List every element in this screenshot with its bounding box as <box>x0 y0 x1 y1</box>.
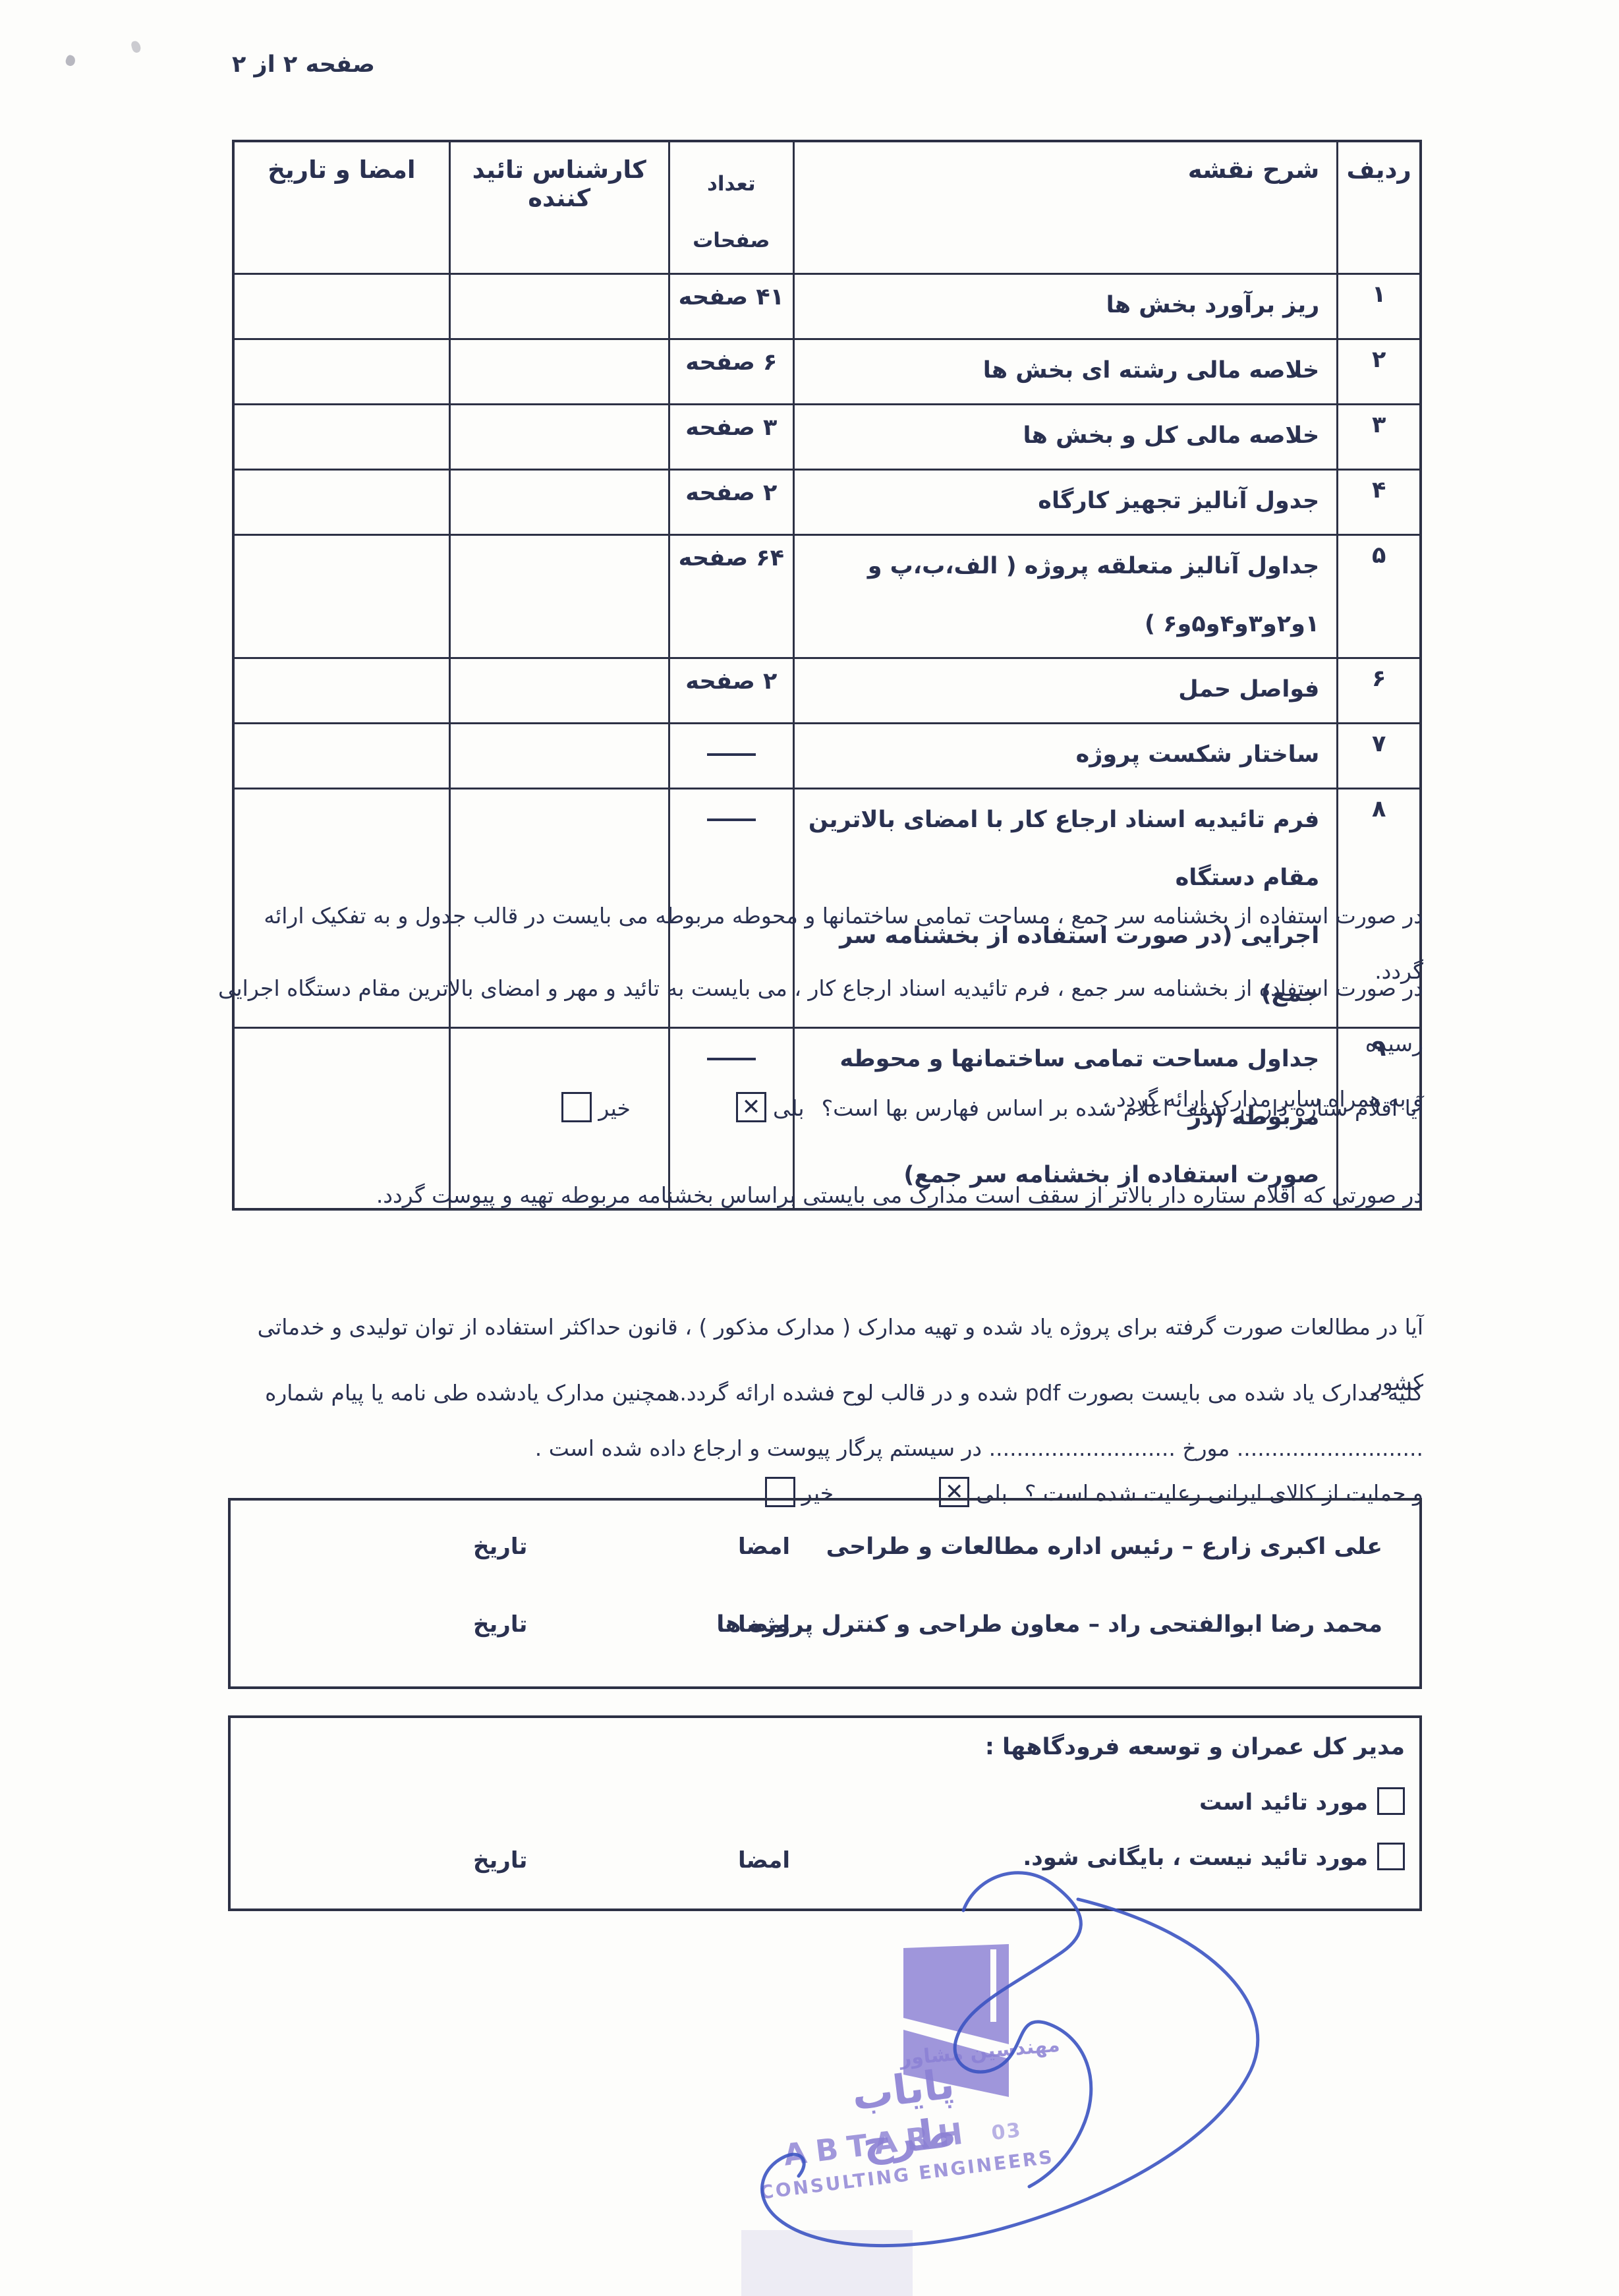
row-number: ۵ <box>1338 535 1421 658</box>
row-page-count: ۴۱ صفحه <box>669 274 793 339</box>
row-description: خلاصه مالی کل و بخش ها <box>794 405 1338 470</box>
signer-name: علی اکبری زارع – رئیس اداره مطالعات و طر… <box>826 1534 1382 1560</box>
signature-label: امضا <box>738 1534 790 1560</box>
row-page-count: ۲ صفحه <box>669 470 793 535</box>
table-header: ردیف شرح نقشه تعداد صفحات کارشناس تائید … <box>233 141 1421 274</box>
table-row: ۳خلاصه مالی کل و بخش ها۳ صفحه <box>233 405 1421 470</box>
row-page-count <box>669 724 793 789</box>
table-row: ۷ساختار شکست پروژه <box>233 724 1421 789</box>
row-page-count: ۳ صفحه <box>669 405 793 470</box>
approval-option-rejected: مورد تائید نیست ، بایگانی شود. <box>1023 1845 1405 1873</box>
table-row: ۶فواصل حمل۲ صفحه <box>233 658 1421 724</box>
table-row: ۵جداول آنالیز متعلقه پروژه ( الف،ب،پ و ۱… <box>233 535 1421 658</box>
row-expert-cell <box>449 724 669 789</box>
header-signature-date: امضا و تاریخ <box>233 141 449 274</box>
scanned-document-page: صفحه ۲ از ۲ ردیف شرح نقشه تعداد صفحات کا… <box>0 0 1619 2296</box>
row-page-count: ۲ صفحه <box>669 658 793 724</box>
blank-line <box>707 799 756 821</box>
row-description: فواصل حمل <box>794 658 1338 724</box>
row-signature-cell <box>233 535 449 658</box>
page-number: صفحه ۲ از ۲ <box>232 51 375 78</box>
row-description: خلاصه مالی رشته ای بخش ها <box>794 339 1338 405</box>
approval-title: مدیر کل عمران و توسعه فرودگاهها : <box>985 1734 1405 1760</box>
row-signature-cell <box>233 724 449 789</box>
row-number: ۲ <box>1338 339 1421 405</box>
yes-checkbox-checked-icon[interactable]: ✕ <box>736 1092 766 1122</box>
row-expert-cell <box>449 658 669 724</box>
table-row: ۲خلاصه مالی رشته ای بخش ها۶ صفحه <box>233 339 1421 405</box>
row-signature-cell <box>233 470 449 535</box>
date-label: تاریخ <box>473 1534 527 1560</box>
scan-speck <box>65 54 77 67</box>
header-description: شرح نقشه <box>794 141 1338 274</box>
row-number: ۳ <box>1338 405 1421 470</box>
header-expert: کارشناس تائید کننده <box>449 141 669 274</box>
row-signature-cell <box>233 274 449 339</box>
row-signature-cell <box>233 658 449 724</box>
question-text: آیا اقلام ستاره دار در سقف اعلام شده بر … <box>822 1095 1423 1121</box>
row-description: جداول آنالیز متعلقه پروژه ( الف،ب،پ و ۱و… <box>794 535 1338 658</box>
note-above-ceiling: در صورتی که اقلام ستاره دار بالاتر از سق… <box>217 1168 1423 1223</box>
table-row: ۴جدول آنالیز تجهیز کارگاه۲ صفحه <box>233 470 1421 535</box>
row-number: ۴ <box>1338 470 1421 535</box>
scan-speck <box>130 40 142 54</box>
table-row: ۱ریز برآورد بخش ها۴۱ صفحه <box>233 274 1421 339</box>
signers-box: علی اکبری زارع – رئیس اداره مطالعات و طر… <box>228 1498 1422 1689</box>
signature-label: امضا <box>738 1611 790 1638</box>
row-expert-cell <box>449 274 669 339</box>
approved-checkbox-icon[interactable] <box>1377 1787 1405 1815</box>
row-number: ۷ <box>1338 724 1421 789</box>
no-checkbox-icon[interactable] <box>561 1092 592 1122</box>
note-pdf-delivery: کلیه مدارک یاد شده می بایست بصورت pdf شد… <box>217 1365 1423 1476</box>
row-description: ساختار شکست پروژه <box>794 724 1338 789</box>
row-description: ریز برآورد بخش ها <box>794 274 1338 339</box>
question-starred-items: آیا اقلام ستاره دار در سقف اعلام شده بر … <box>217 1081 1423 1136</box>
row-page-count: ۶۴ صفحه <box>669 535 793 658</box>
header-row-no: ردیف <box>1338 141 1421 274</box>
date-label: تاریخ <box>473 1847 527 1874</box>
row-expert-cell <box>449 535 669 658</box>
row-description: جدول آنالیز تجهیز کارگاه <box>794 470 1338 535</box>
stamp-suffix: 03 <box>990 2119 1023 2145</box>
yes-label: بلی <box>773 1095 805 1121</box>
approval-option-approved: مورد تائید است <box>1199 1789 1405 1818</box>
faint-stamp-remnant <box>741 2230 913 2296</box>
header-pages: تعداد صفحات <box>669 141 793 274</box>
no-label: خیر <box>598 1095 631 1121</box>
signature-label: امضا <box>738 1847 790 1874</box>
row-expert-cell <box>449 405 669 470</box>
rejected-checkbox-icon[interactable] <box>1377 1843 1405 1870</box>
row-signature-cell <box>233 405 449 470</box>
row-number: ۱ <box>1338 274 1421 339</box>
row-expert-cell <box>449 470 669 535</box>
director-approval-box: مدیر کل عمران و توسعه فرودگاهها : مورد ت… <box>228 1715 1422 1911</box>
blank-line <box>707 733 756 756</box>
date-label: تاریخ <box>473 1611 527 1638</box>
row-signature-cell <box>233 339 449 405</box>
signer-name: محمد رضا ابوالفتحی راد – معاون طراحی و ک… <box>716 1611 1382 1638</box>
row-expert-cell <box>449 339 669 405</box>
row-number: ۶ <box>1338 658 1421 724</box>
row-page-count: ۶ صفحه <box>669 339 793 405</box>
